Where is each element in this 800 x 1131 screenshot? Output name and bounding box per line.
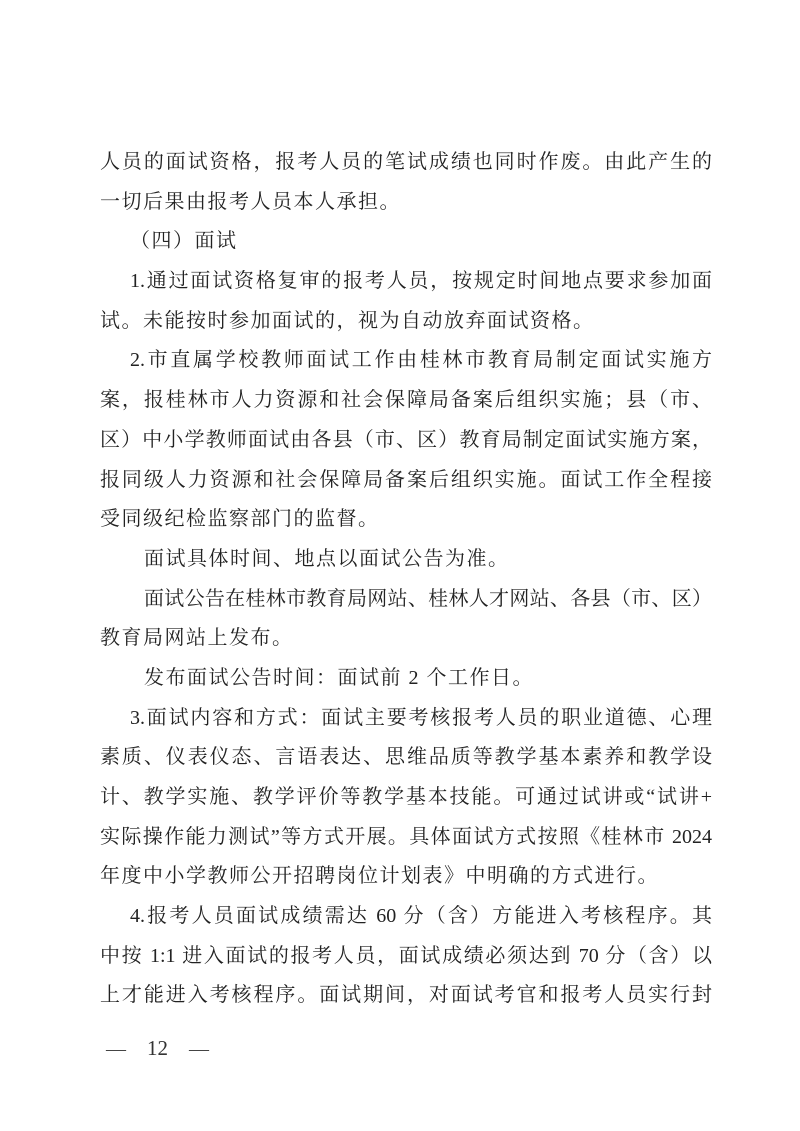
footer-dash-right: — bbox=[189, 1032, 209, 1066]
text-line: 教育局网站上发布。 bbox=[100, 619, 712, 659]
text-line: 年度中小学教师公开招聘岗位计划表》中明确的方式进行。 bbox=[100, 857, 712, 897]
text-line: 2.市直属学校教师面试工作由桂林市教育局制定面试实施方 bbox=[100, 341, 712, 381]
page-number: 12 bbox=[147, 1031, 168, 1065]
text-line: 报同级人力资源和社会保障局备案后组织实施。面试工作全程接 bbox=[100, 461, 712, 501]
document-page: 人员的面试资格，报考人员的笔试成绩也同时作废。由此产生的 一切后果由报考人员本人… bbox=[0, 0, 800, 1131]
text-line: 试。未能按时参加面试的，视为自动放弃面试资格。 bbox=[100, 302, 712, 342]
text-line: 3.面试内容和方式：面试主要考核报考人员的职业道德、心理 bbox=[100, 699, 712, 739]
text-line: 上才能进入考核程序。面试期间，对面试考官和报考人员实行封 bbox=[100, 976, 712, 1016]
document-body: 人员的面试资格，报考人员的笔试成绩也同时作废。由此产生的 一切后果由报考人员本人… bbox=[100, 143, 712, 1016]
page-footer: —12— bbox=[106, 1031, 209, 1065]
text-line: 1.通过面试资格复审的报考人员，按规定时间地点要求参加面 bbox=[100, 262, 712, 302]
text-line: 发布面试公告时间：面试前 2 个工作日。 bbox=[100, 659, 712, 699]
footer-dash-left: — bbox=[106, 1032, 126, 1066]
text-line: 4.报考人员面试成绩需达 60 分（含）方能进入考核程序。其 bbox=[100, 897, 712, 937]
text-line: 区）中小学教师面试由各县（市、区）教育局制定面试实施方案， bbox=[100, 421, 712, 461]
text-line: 案，报桂林市人力资源和社会保障局备案后组织实施；县（市、 bbox=[100, 381, 712, 421]
text-line: 计、教学实施、教学评价等教学基本技能。可通过试讲或“试讲+ bbox=[100, 778, 712, 818]
text-line: 人员的面试资格，报考人员的笔试成绩也同时作废。由此产生的 bbox=[100, 143, 712, 183]
text-line: 受同级纪检监察部门的监督。 bbox=[100, 500, 712, 540]
text-line: 素质、仪表仪态、言语表达、思维品质等教学基本素养和教学设 bbox=[100, 738, 712, 778]
section-heading: （四）面试 bbox=[100, 222, 712, 262]
text-line: 中按 1:1 进入面试的报考人员，面试成绩必须达到 70 分（含）以 bbox=[100, 937, 712, 977]
text-line: 面试具体时间、地点以面试公告为准。 bbox=[100, 540, 712, 580]
text-line: 一切后果由报考人员本人承担。 bbox=[100, 183, 712, 223]
text-line: 实际操作能力测试”等方式开展。具体面试方式按照《桂林市 2024 bbox=[100, 818, 712, 858]
text-line: 面试公告在桂林市教育局网站、桂林人才网站、各县（市、区） bbox=[100, 580, 712, 620]
